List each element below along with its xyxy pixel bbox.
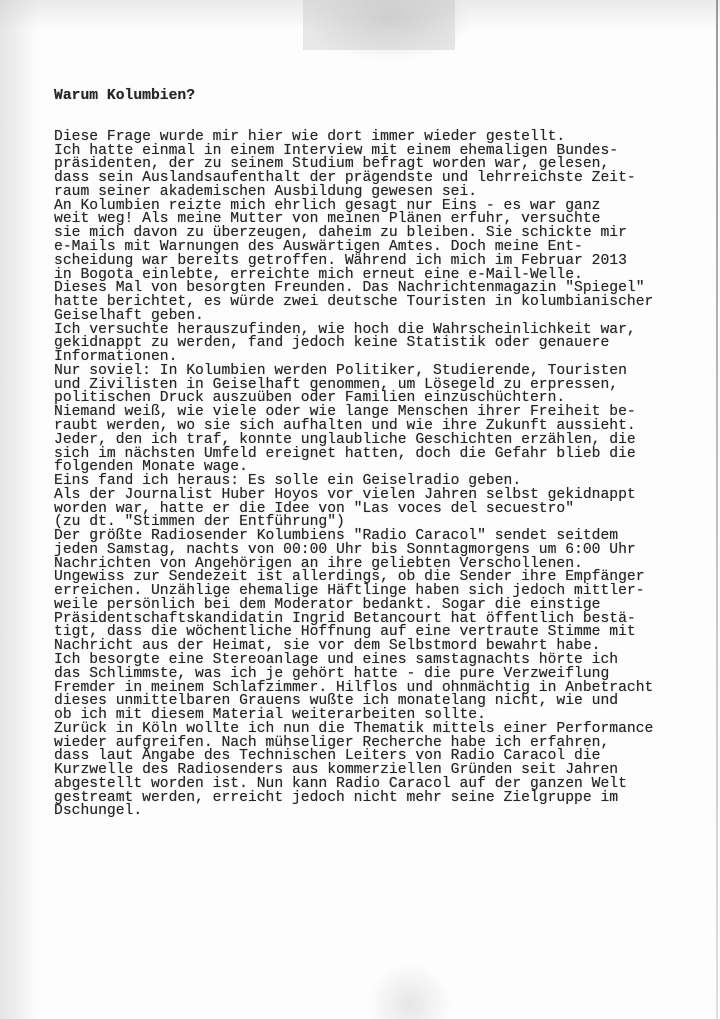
typewritten-text: Warum Kolumbien? Diese Frage wurde mir h… (54, 62, 653, 819)
scanned-page: Warum Kolumbien? Diese Frage wurde mir h… (0, 0, 720, 1019)
text-line: Dschungel. (54, 805, 653, 819)
scan-artifact (303, 0, 455, 50)
page-edge-shadow (716, 0, 718, 1019)
text-line: gestreamt werden, erreicht jedoch nicht … (54, 792, 653, 806)
document-title: Warum Kolumbien? (54, 90, 653, 104)
